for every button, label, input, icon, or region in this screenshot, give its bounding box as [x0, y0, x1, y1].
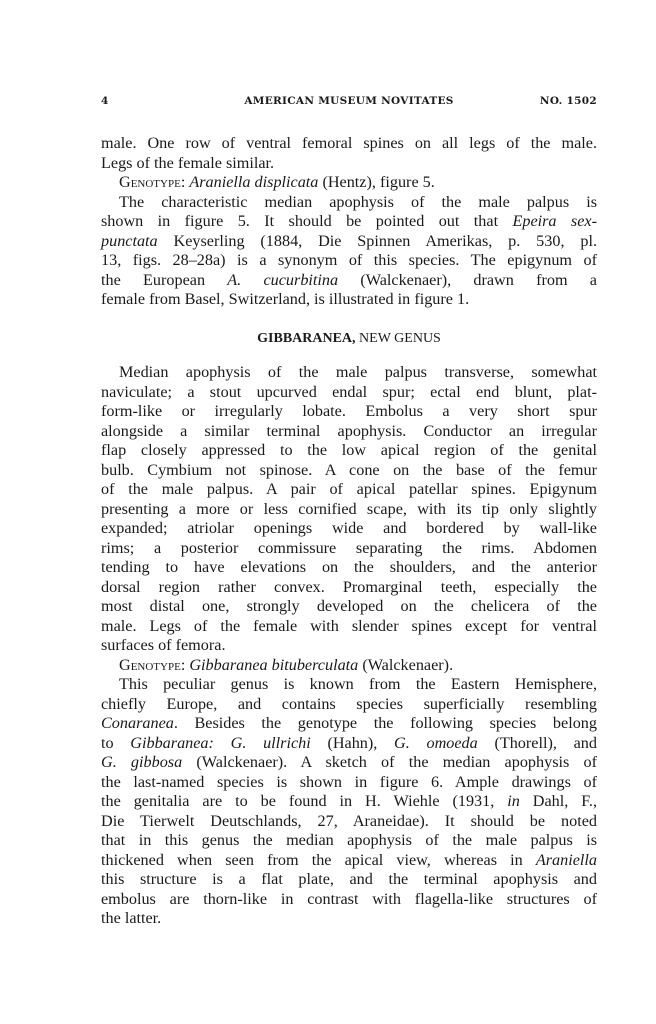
- species-name: Epeira sex-: [512, 212, 597, 230]
- text-line: flap closely appressed to the low apical…: [101, 441, 597, 461]
- species-name: A. cucurbitina: [227, 271, 338, 289]
- text-line: G. gibbosa (Walckenaer). A sketch of the…: [101, 753, 597, 773]
- text-line: bulb. Cymbium not spinose. A cone on the…: [101, 461, 597, 481]
- text-line: tending to have elevations on the should…: [101, 558, 597, 578]
- species-name: G. gibbosa: [101, 753, 182, 771]
- text-line: male. One row of ventral femoral spines …: [101, 134, 597, 154]
- genus-name: GIBBARANEA,: [257, 331, 355, 346]
- text-line: presenting a more or less cornified scap…: [101, 500, 597, 520]
- species-name: Gibbaranea: G. ullrichi: [130, 734, 310, 752]
- genus-name: Conaranea: [101, 714, 174, 732]
- text-line: surfaces of femora.: [101, 636, 597, 656]
- body-text: male. One row of ventral femoral spines …: [101, 134, 597, 929]
- text-line: rims; a posterior commissure separating …: [101, 539, 597, 559]
- species-name: Araniella displicata: [189, 173, 318, 191]
- text-line: expanded; atriolar openings wide and bor…: [101, 519, 597, 539]
- text-line: this structure is a flat plate, and the …: [101, 870, 597, 890]
- genotype-line: Genotype: Araniella displicata (Hentz), …: [101, 173, 597, 193]
- text-line: This peculiar genus is known from the Ea…: [101, 675, 597, 695]
- text-line: most distal one, strongly developed on t…: [101, 597, 597, 617]
- document-page: 4 AMERICAN MUSEUM NOVITATES NO. 1502 mal…: [0, 0, 656, 1024]
- text-line: female from Basel, Switzerland, is illus…: [101, 290, 597, 310]
- text-line: chiefly Europe, and contains species sup…: [101, 695, 597, 715]
- species-name: G. omoeda: [394, 734, 478, 752]
- section-heading: GIBBARANEA, NEW GENUS: [101, 329, 597, 349]
- text-line: 13, figs. 28–28a) is a synonym of this s…: [101, 251, 597, 271]
- genotype-label: Genotype: [119, 173, 181, 191]
- species-name: Gibbaranea bituberculata: [189, 656, 358, 674]
- text-line: the genitalia are to be found in H. Wieh…: [101, 792, 597, 812]
- text-line: Median apophysis of the male palpus tran…: [101, 363, 597, 383]
- journal-title: AMERICAN MUSEUM NOVITATES: [101, 95, 597, 107]
- text-line: to Gibbaranea: G. ullrichi (Hahn), G. om…: [101, 734, 597, 754]
- issue-number: NO. 1502: [540, 95, 597, 107]
- running-header: 4 AMERICAN MUSEUM NOVITATES NO. 1502: [101, 95, 597, 111]
- genotype-label: Genotype: [119, 656, 181, 674]
- text-line: punctata Keyserling (1884, Die Spinnen A…: [101, 232, 597, 252]
- text-line: the European A. cucurbitina (Walckenaer)…: [101, 271, 597, 291]
- text-line: of the male palpus. A pair of apical pat…: [101, 480, 597, 500]
- text-line: embolus are thorn-like in contrast with …: [101, 890, 597, 910]
- text-line: the latter.: [101, 909, 597, 929]
- text-line: alongside a similar terminal apophysis. …: [101, 422, 597, 442]
- text-line: shown in figure 5. It should be pointed …: [101, 212, 597, 232]
- text-line: dorsal region rather convex. Promarginal…: [101, 578, 597, 598]
- genotype-line: Genotype: Gibbaranea bituberculata (Walc…: [101, 656, 597, 676]
- text-line: form-like or irregularly lobate. Embolus…: [101, 402, 597, 422]
- species-name: punctata: [101, 232, 158, 250]
- text-line: The characteristic median apophysis of t…: [101, 193, 597, 213]
- genus-name: Araniella: [536, 851, 597, 869]
- text-line: naviculate; a stout upcurved endal spur;…: [101, 383, 597, 403]
- text-line: male. Legs of the female with slender sp…: [101, 617, 597, 637]
- text-line: that in this genus the median apophysis …: [101, 831, 597, 851]
- text-line: Conaranea. Besides the genotype the foll…: [101, 714, 597, 734]
- text-line: Die Tierwelt Deutschlands, 27, Araneidae…: [101, 812, 597, 832]
- text-line: thickened when seen from the apical view…: [101, 851, 597, 871]
- text-line: the last-named species is shown in figur…: [101, 773, 597, 793]
- text-line: Legs of the female similar.: [101, 154, 597, 174]
